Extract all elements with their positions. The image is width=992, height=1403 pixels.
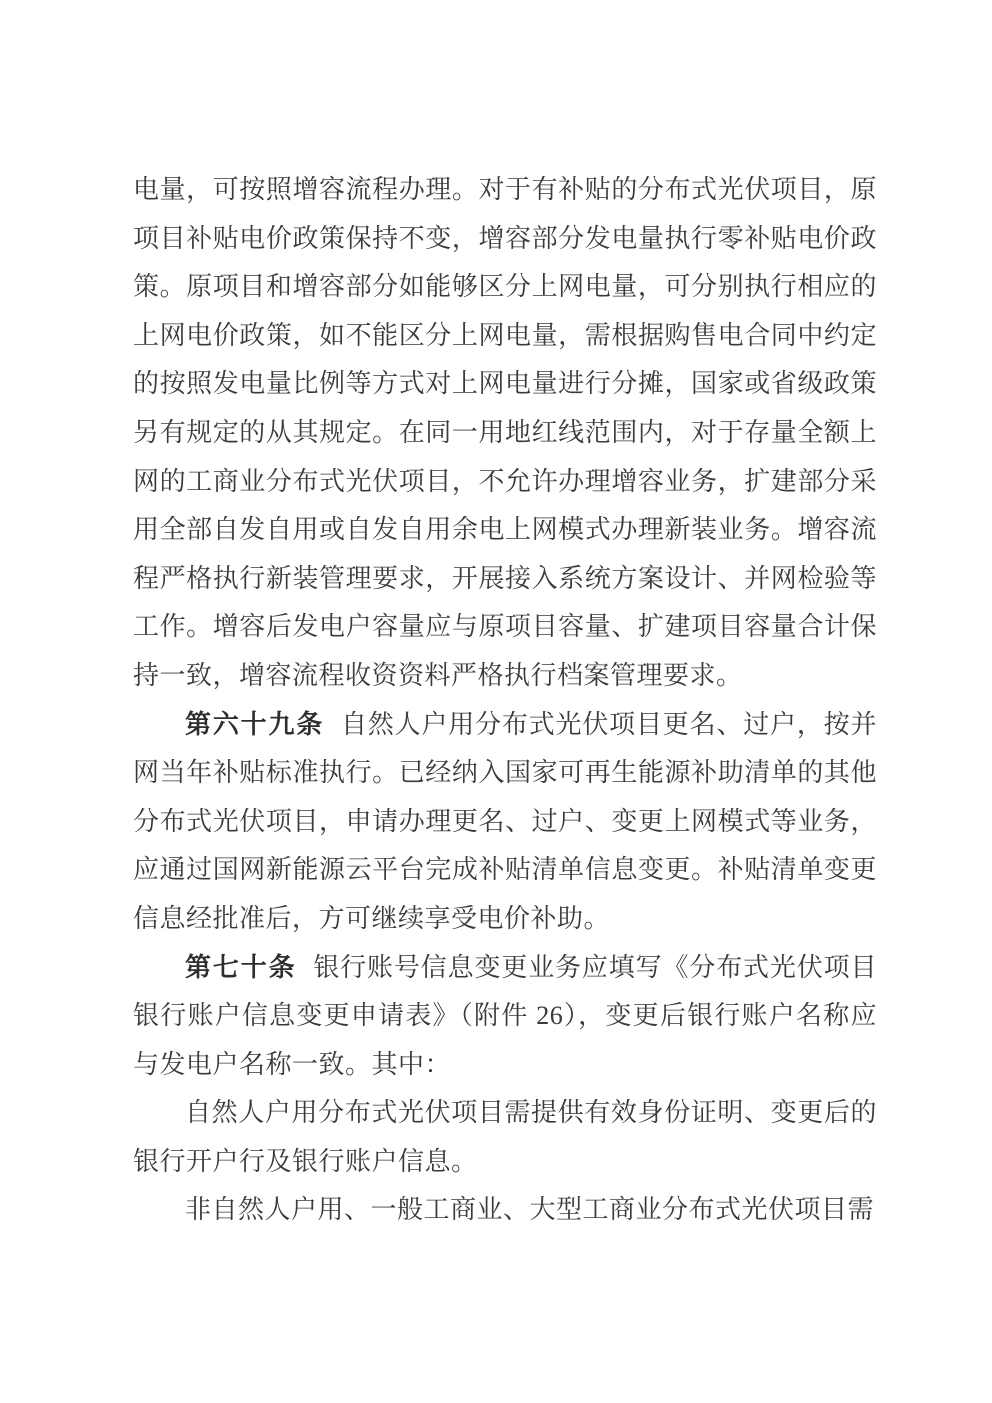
paragraph-article-70: 第七十条银行账号信息变更业务应填写《分布式光伏项目银行账户信息变更申请表》（附件…: [133, 944, 877, 1090]
paragraph-text: 电量，可按照增容流程办理。对于有补贴的分布式光伏项目，原项目补贴电价政策保持不变…: [133, 175, 877, 690]
article-number: 第七十条: [185, 953, 296, 982]
paragraph-text: 自然人户用分布式光伏项目更名、过户，按并网当年补贴标准执行。已经纳入国家可再生能…: [133, 710, 877, 933]
document-page: 电量，可按照增容流程办理。对于有补贴的分布式光伏项目，原项目补贴电价政策保持不变…: [0, 0, 992, 1403]
paragraph-text: 非自然人户用、一般工商业、大型工商业分布式光伏项目需: [185, 1195, 874, 1224]
paragraph-article-69: 第六十九条自然人户用分布式光伏项目更名、过户，按并网当年补贴标准执行。已经纳入国…: [133, 701, 877, 944]
article-number: 第六十九条: [185, 710, 324, 739]
document-body: 电量，可按照增容流程办理。对于有补贴的分布式光伏项目，原项目补贴电价政策保持不变…: [133, 166, 877, 1235]
paragraph-text: 自然人户用分布式光伏项目需提供有效身份证明、变更后的银行开户行及银行账户信息。: [133, 1098, 877, 1176]
paragraph-non-natural-person: 非自然人户用、一般工商业、大型工商业分布式光伏项目需: [133, 1186, 877, 1235]
paragraph-natural-person: 自然人户用分布式光伏项目需提供有效身份证明、变更后的银行开户行及银行账户信息。: [133, 1089, 877, 1186]
paragraph-continuation: 电量，可按照增容流程办理。对于有补贴的分布式光伏项目，原项目补贴电价政策保持不变…: [133, 166, 877, 701]
